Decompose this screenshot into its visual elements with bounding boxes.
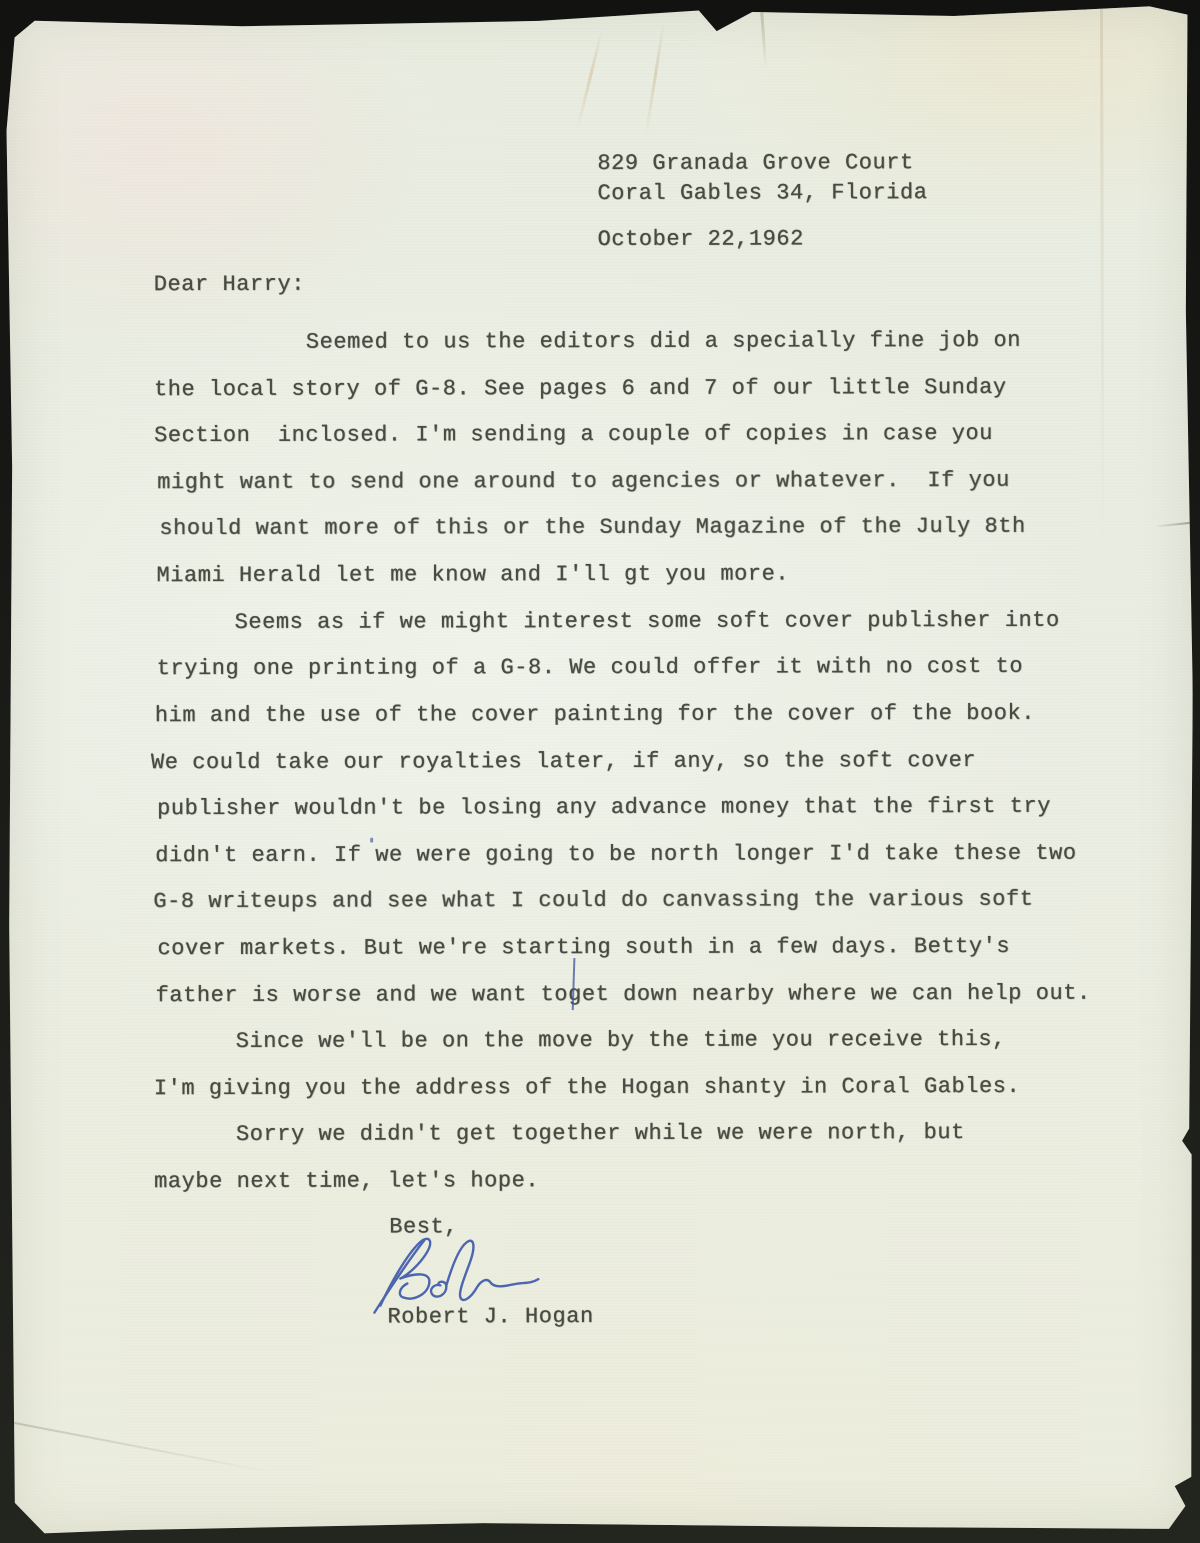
body-line: Section inclosed. I'm sending a couple o… (154, 422, 993, 448)
typed-signature-name: Robert J. Hogan (387, 1305, 593, 1330)
scanned-letter-scene: 829 Granada Grove Court Coral Gables 34,… (0, 0, 1200, 1543)
salutation: Dear Harry: (154, 273, 305, 297)
sender-address-line2: Coral Gables 34, Florida (597, 181, 927, 206)
sender-address-line1: 829 Granada Grove Court (597, 151, 913, 176)
body-line: him and the use of the cover painting fo… (155, 702, 1035, 728)
body-line: publisher wouldn't be losing any advance… (157, 795, 1051, 821)
body-line: I'm giving you the address of the Hogan … (154, 1075, 1020, 1101)
crease-mark (576, 28, 604, 131)
body-line: Sorry we didn't get together while we we… (236, 1121, 965, 1147)
body-line: trying one printing of a G-8. We could o… (157, 655, 1023, 681)
edge-tear-mark (760, 7, 767, 69)
body-line: should want more of this or the Sunday M… (159, 515, 1025, 541)
scan-streak (1100, 6, 1104, 566)
crease-mark (644, 21, 665, 138)
body-line: the local story of G-8. See pages 6 and … (154, 376, 1007, 402)
body-line: father is worse and we want toget down n… (156, 982, 1091, 1008)
body-line: G-8 writeups and see what I could do can… (153, 888, 1033, 914)
body-line: didn't earn. If we were going to be nort… (155, 842, 1076, 868)
body-line: Since we'll be on the move by the time y… (236, 1028, 1006, 1054)
body-line: Miami Herald let me know and I'll gt you… (156, 563, 789, 589)
letter-date: October 22,1962 (598, 227, 804, 252)
body-line: maybe next time, let's hope. (154, 1169, 539, 1194)
edge-crack (1154, 521, 1194, 527)
bottom-crease (3, 1420, 278, 1475)
body-line: Seems as if we might interest some soft … (235, 609, 1060, 635)
letter-page: 829 Granada Grove Court Coral Gables 34,… (5, 5, 1195, 1536)
body-line: We could take our royalties later, if an… (151, 749, 976, 775)
body-line: Seemed to us the editors did a specially… (306, 329, 1021, 355)
body-line: might want to send one around to agencie… (157, 469, 1010, 495)
body-line: cover markets. But we're starting south … (157, 935, 1010, 961)
